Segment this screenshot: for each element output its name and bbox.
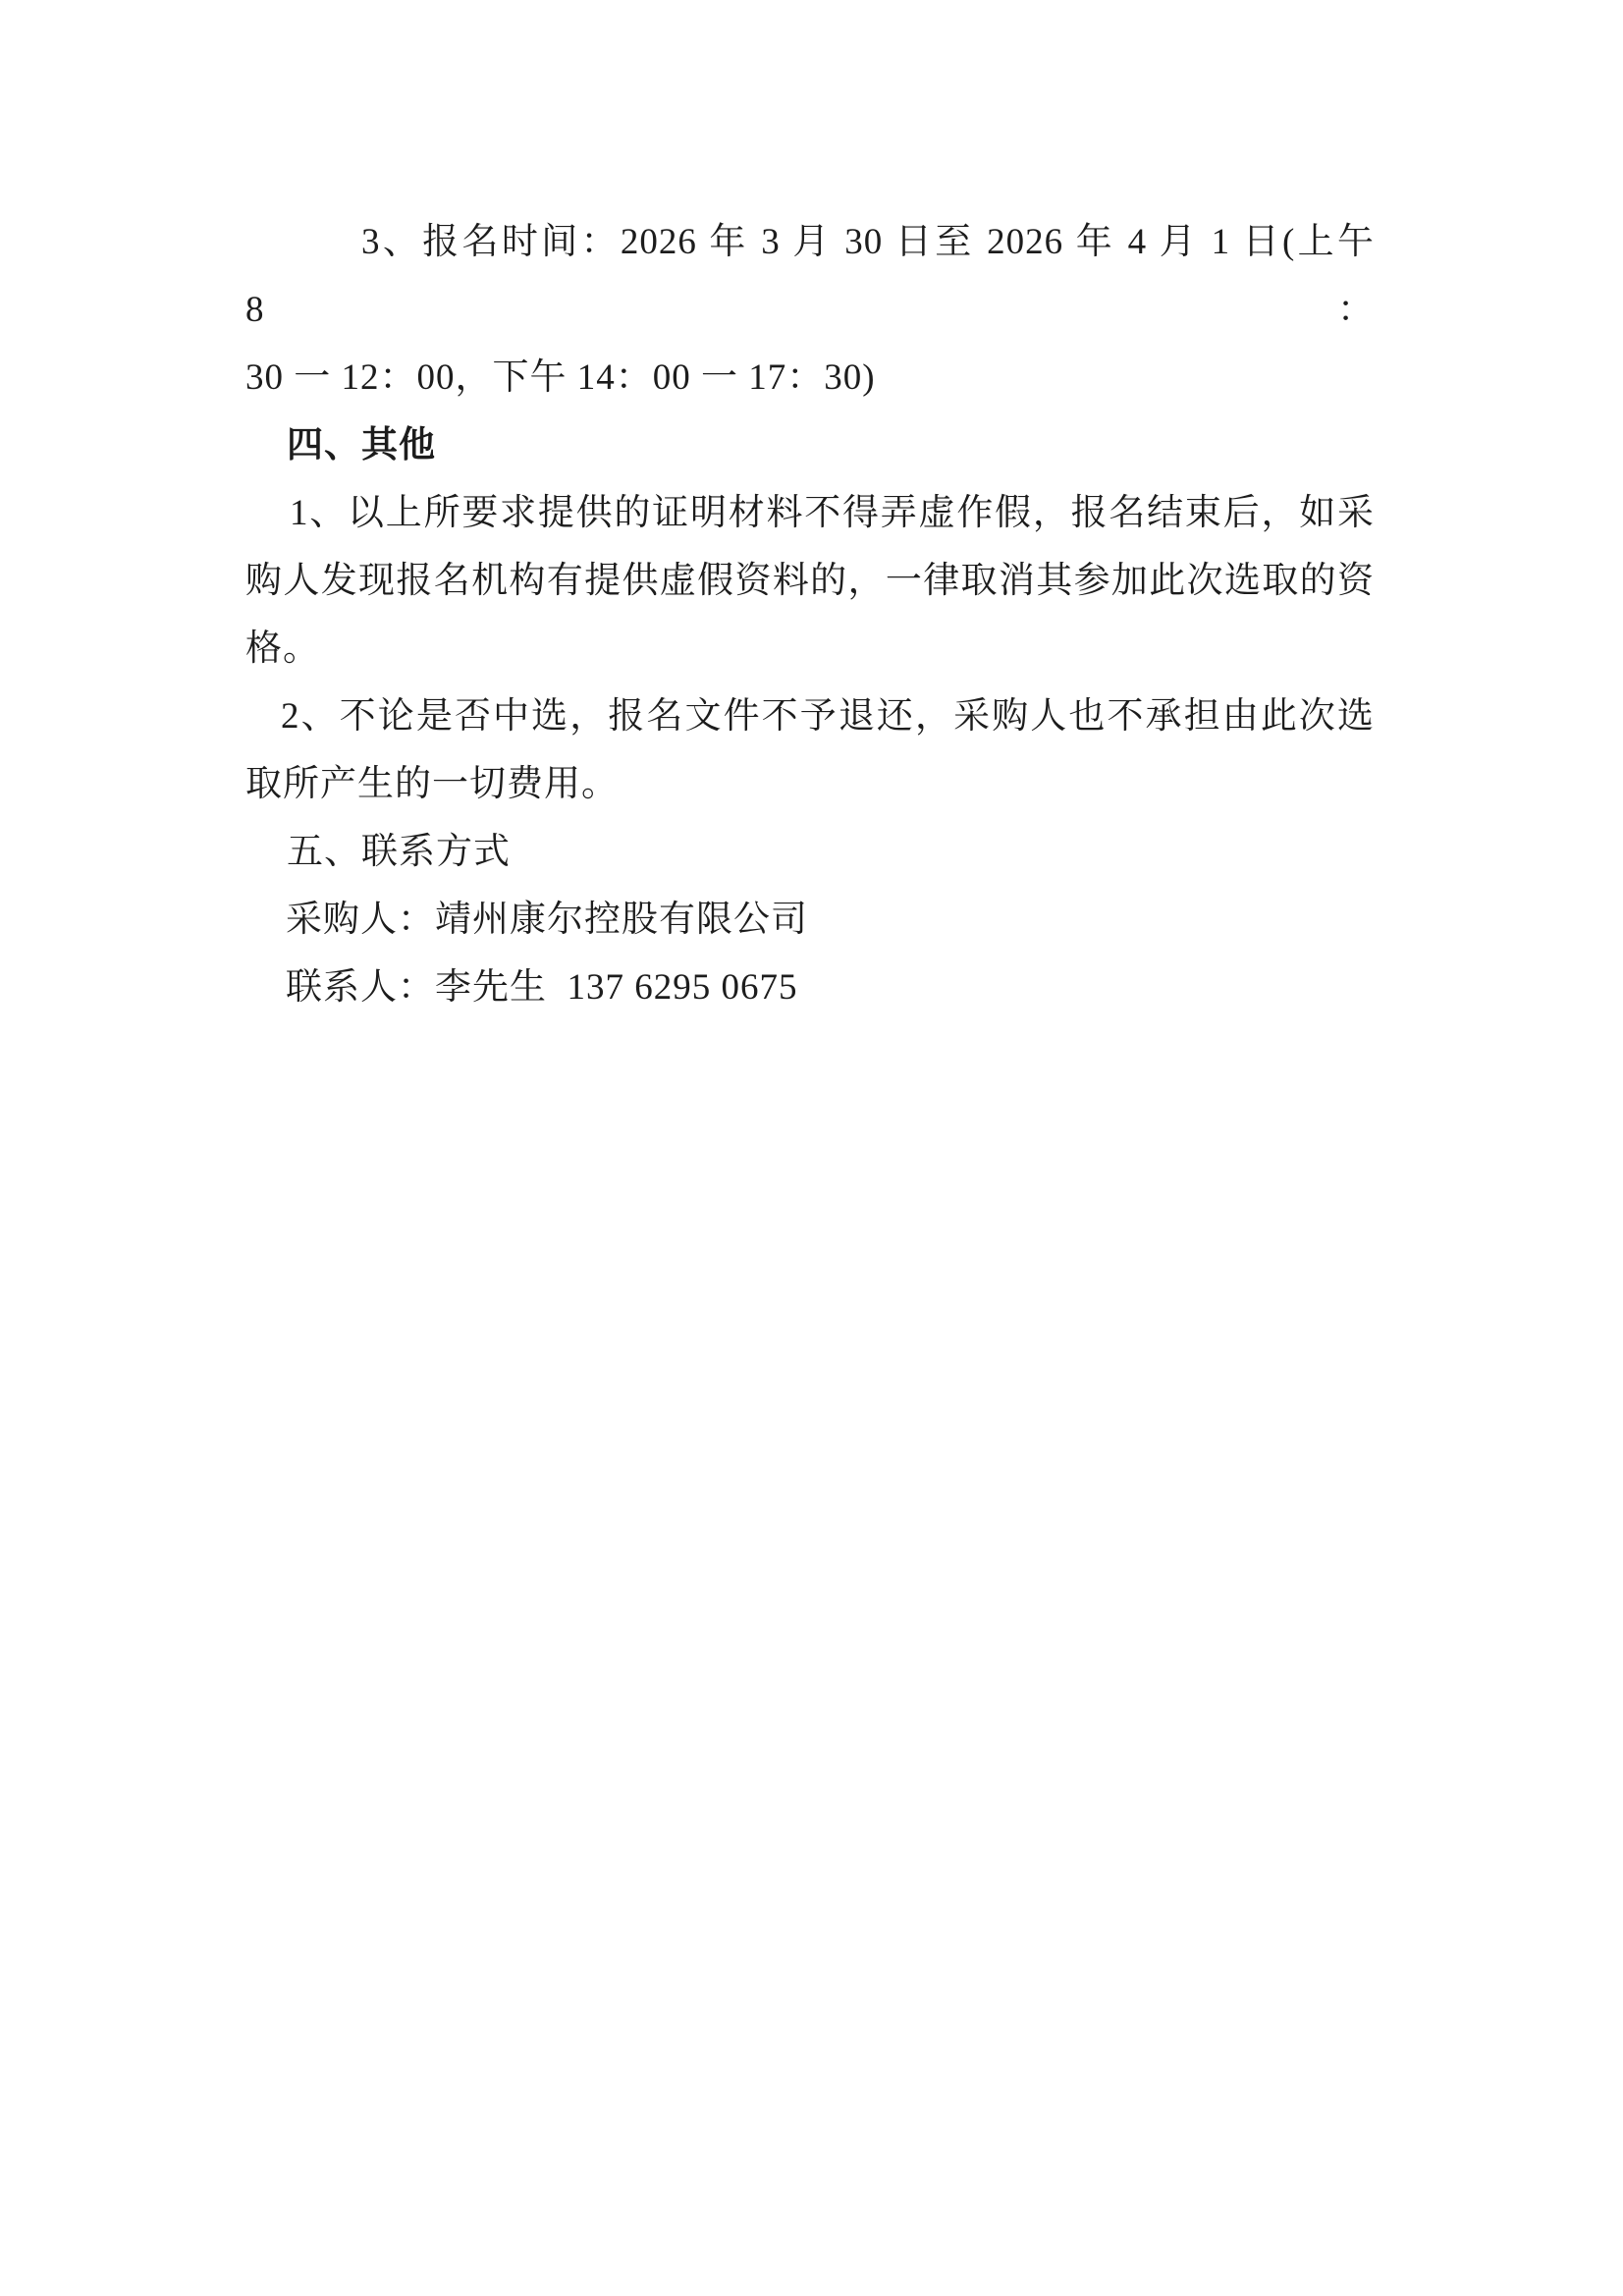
text-line: 采购人：靖州康尔控股有限公司 <box>245 886 1375 954</box>
text-line: 2、不论是否中选，报名文件不予退还，采购人也不承担由此次选 <box>245 683 1375 750</box>
text-line: 取所产生的一切费用。 <box>245 750 1375 818</box>
document-body: 3、报名时间：2026 年 3 月 30 日至 2026 年 4 月 1 日(上… <box>245 208 1375 1021</box>
text-line: 格。 <box>245 615 1375 683</box>
text-line: 购人发现报名机构有提供虚假资料的，一律取消其参加此次选取的资 <box>245 547 1375 615</box>
text-line: 1、以上所要求提供的证明材料不得弄虚作假，报名结束后，如采 <box>245 479 1375 547</box>
section-heading: 四、其他 <box>245 411 1375 479</box>
text-line: 联系人：李先生 137 6295 0675 <box>245 954 1375 1021</box>
document-page: 3、报名时间：2026 年 3 月 30 日至 2026 年 4 月 1 日(上… <box>0 0 1623 2296</box>
text-line: 30 一 12：00，下午 14：00 一 17：30) <box>245 344 1375 411</box>
text-line: 五、联系方式 <box>245 818 1375 886</box>
text-line: 3、报名时间：2026 年 3 月 30 日至 2026 年 4 月 1 日(上… <box>245 208 1375 344</box>
